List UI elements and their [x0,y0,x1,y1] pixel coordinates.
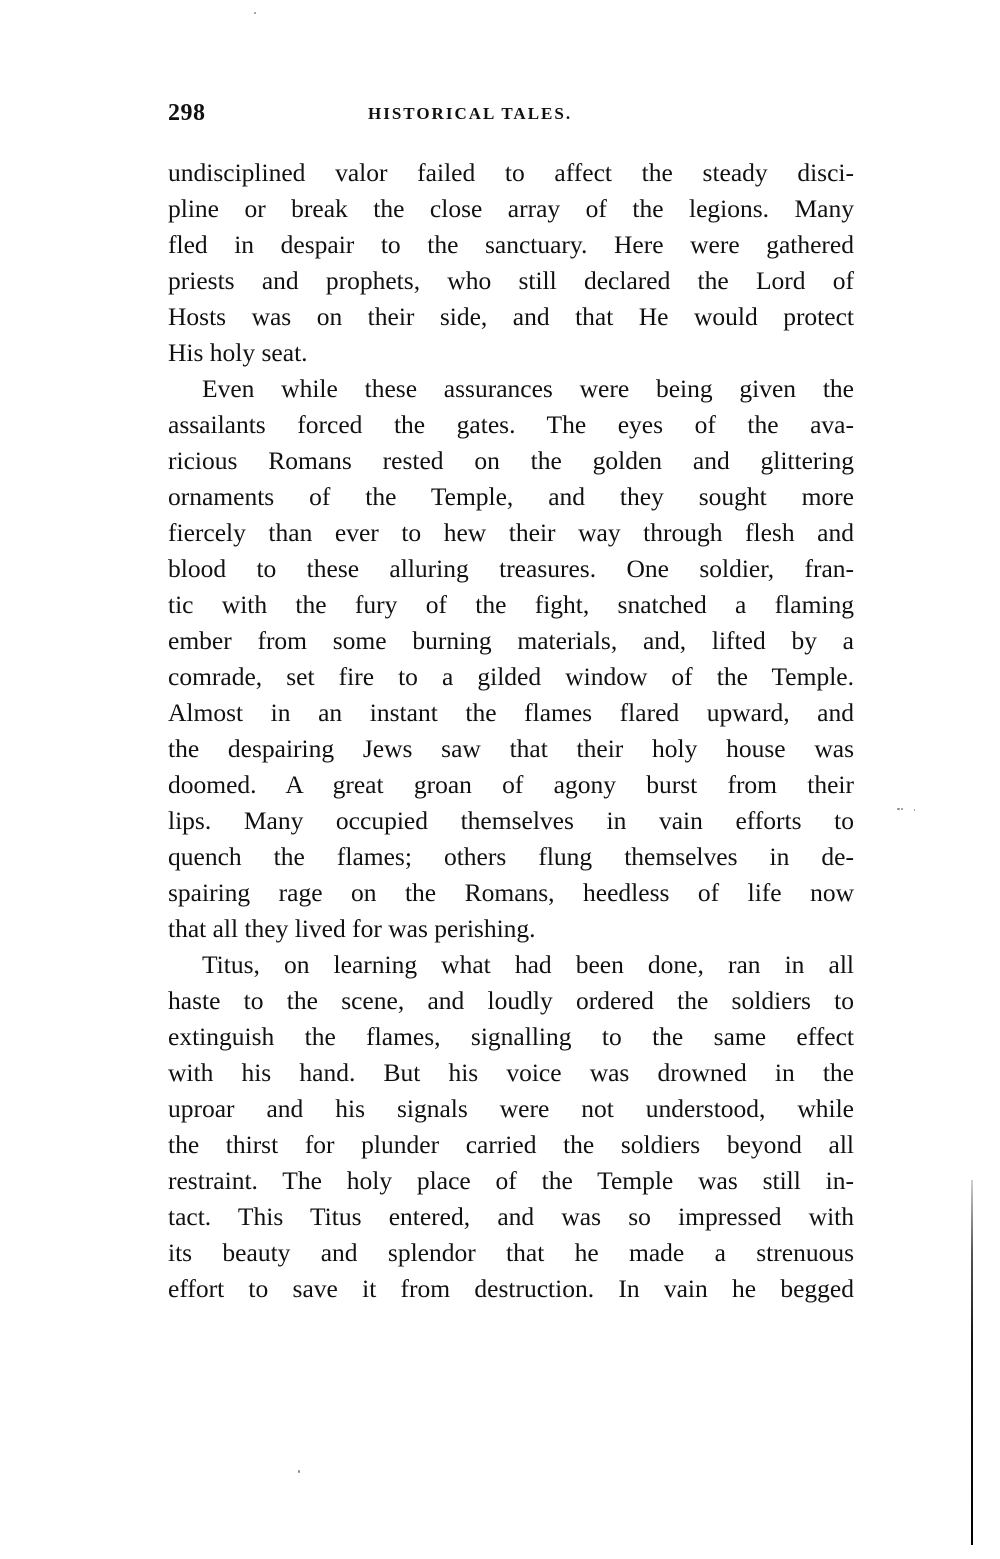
text-line: assailants forced the gates. The eyes of… [168,407,854,443]
text-line: tact. This Titus entered, and was so imp… [168,1199,854,1235]
text-line: pline or break the close array of the le… [168,191,854,227]
text-line: effort to save it from destruction. In v… [168,1271,854,1307]
text-line: undisciplined valor failed to affect the… [168,155,854,191]
text-line: Even while these assurances were being g… [168,371,854,407]
book-page: 298 HISTORICAL TALES. undisciplined valo… [0,0,1000,1559]
text-line: tic with the fury of the fight, snatched… [168,587,854,623]
paragraph: Even while these assurances were being g… [168,371,854,947]
text-line: that all they lived for was perishing. [168,911,854,947]
text-line: His holy seat. [168,335,854,371]
scan-speck [901,808,903,810]
text-line: ricious Romans rested on the golden and … [168,443,854,479]
paragraph: Titus, on learning what had been done, r… [168,947,854,1307]
page-number: 298 [168,100,206,127]
text-line: its beauty and splendor that he made a s… [168,1235,854,1271]
text-line: extinguish the flames, signalling to the… [168,1019,854,1055]
text-line: restraint. The holy place of the Temple … [168,1163,854,1199]
text-line: the despairing Jews saw that their holy … [168,731,854,767]
text-line: haste to the scene, and loudly ordered t… [168,983,854,1019]
text-line: ember from some burning materials, and, … [168,623,854,659]
paragraph: undisciplined valor failed to affect the… [168,155,854,371]
text-line: with his hand. But his voice was drowned… [168,1055,854,1091]
scan-speck [897,808,900,810]
scan-speck [914,809,915,811]
text-line: quench the flames; others flung themselv… [168,839,854,875]
text-line: lips. Many occupied themselves in vain e… [168,803,854,839]
scan-edge-shadow [971,1180,973,1545]
text-line: Titus, on learning what had been done, r… [168,947,854,983]
text-line: the thirst for plunder carried the soldi… [168,1127,854,1163]
text-line: priests and prophets, who still declared… [168,263,854,299]
running-title: HISTORICAL TALES. [368,104,572,124]
text-line: spairing rage on the Romans, heedless of… [168,875,854,911]
running-head: 298 HISTORICAL TALES. [168,100,856,130]
text-line: uproar and his signals were not understo… [168,1091,854,1127]
text-line: fled in despair to the sanctuary. Here w… [168,227,854,263]
text-line: blood to these alluring treasures. One s… [168,551,854,587]
text-line: ornaments of the Temple, and they sought… [168,479,854,515]
text-line: doomed. A great groan of agony burst fro… [168,767,854,803]
body-text: undisciplined valor failed to affect the… [168,155,854,1307]
text-line: Hosts was on their side, and that He wou… [168,299,854,335]
scan-speck [298,1470,300,1473]
text-line: fiercely than ever to hew their way thro… [168,515,854,551]
text-line: Almost in an instant the flames flared u… [168,695,854,731]
text-line: comrade, set fire to a gilded window of … [168,659,854,695]
scan-speck [254,12,256,14]
